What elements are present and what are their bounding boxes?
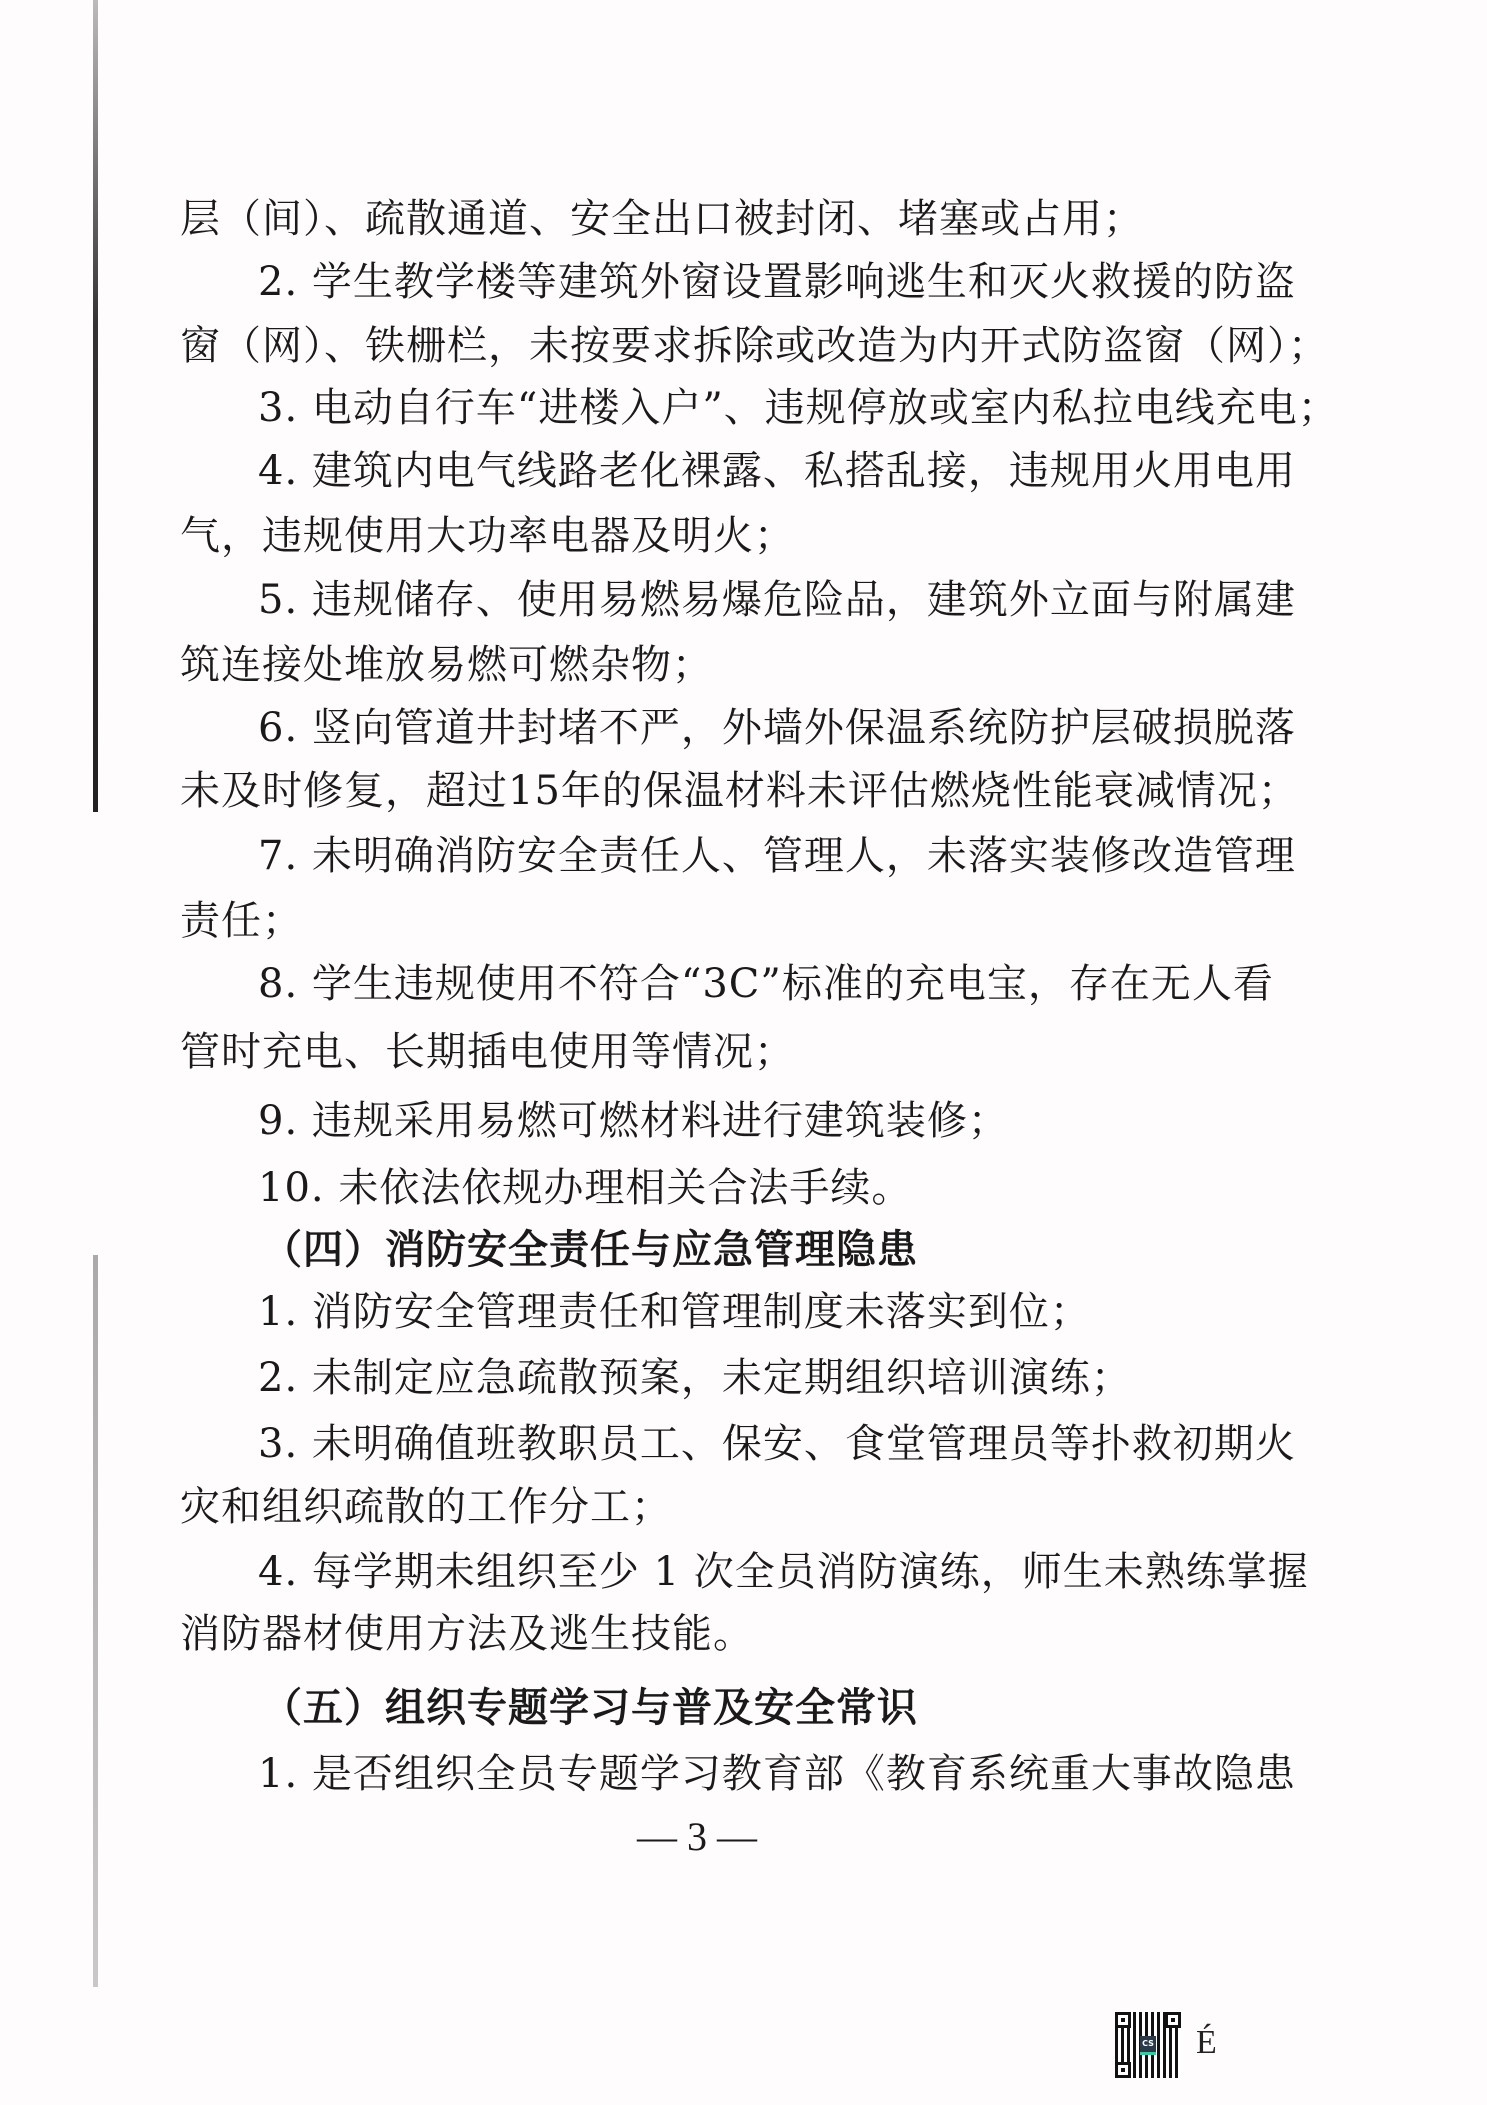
qr-code-icon: CS: [1115, 2012, 1181, 2078]
list-item-5-1: 1. 是否组织全员专题学习教育部《教育系统重大事故隐患: [258, 1749, 1213, 1799]
text-line-3: 窗（网）、铁栅栏，未按要求拆除或改造为内开式防盗窗（网）；: [180, 321, 1213, 371]
list-item-6: 6. 竖向管道井封堵不严，外墙外保温系统防护层破损脱落: [258, 703, 1213, 753]
scanner-logo-icon: CS: [1140, 2036, 1156, 2055]
list-item-4-3: 3. 未明确值班教职员工、保安、食堂管理员等扑救初期火: [258, 1419, 1213, 1469]
text-line-12: 责任；: [180, 896, 1213, 946]
list-item-8: 8. 学生违规使用不符合“3C”标准的充电宝，存在无人看: [258, 959, 1213, 1009]
text-line-10: 未及时修复，超过15年的保温材料未评估燃烧性能衰减情况；: [180, 766, 1213, 816]
text-line-23: 消防器材使用方法及逃生技能。: [180, 1609, 1213, 1659]
text-line-1: 层（间）、疏散通道、安全出口被封闭、堵塞或占用；: [180, 194, 1213, 244]
section-heading-5: （五）组织专题学习与普及安全常识: [262, 1683, 918, 1733]
list-item-4-1: 1. 消防安全管理责任和管理制度未落实到位；: [258, 1287, 1213, 1337]
list-item-5: 5. 违规储存、使用易燃易爆危险品，建筑外立面与附属建: [258, 575, 1213, 625]
list-item-9: 9. 违规采用易燃可燃材料进行建筑装修；: [258, 1096, 1213, 1146]
binding-edge-top: [93, 0, 98, 812]
list-item-7: 7. 未明确消防安全责任人、管理人，未落实装修改造管理: [258, 831, 1213, 881]
text-line-8: 筑连接处堆放易燃可燃杂物；: [180, 640, 1213, 690]
qr-finder-icon: [1165, 2012, 1181, 2028]
qr-finder-icon: [1115, 2062, 1131, 2078]
list-item-10: 10. 未依法依规办理相关合法手续。: [258, 1163, 1213, 1213]
list-item-4-2: 2. 未制定应急疏散预案，未定期组织培训演练；: [258, 1353, 1213, 1403]
section-heading-4: （四）消防安全责任与应急管理隐患: [262, 1225, 918, 1275]
binding-edge-bottom: [93, 1255, 98, 1987]
page-number: — 3 —: [600, 1812, 794, 1862]
text-line-21: 灾和组织疏散的工作分工；: [180, 1482, 1213, 1532]
list-item-4-4: 4. 每学期未组织至少 1 次全员消防演练，师生未熟练掌握: [258, 1547, 1213, 1597]
text-line-14: 管时充电、长期插电使用等情况；: [180, 1027, 1213, 1077]
corner-mark: É: [1196, 2024, 1217, 2062]
list-item-3: 3. 电动自行车“进楼入户”、违规停放或室内私拉电线充电；: [258, 383, 1213, 433]
list-item-4: 4. 建筑内电气线路老化裸露、私搭乱接，违规用火用电用: [258, 446, 1213, 496]
text-line-6: 气，违规使用大功率电器及明火；: [180, 511, 1213, 561]
qr-finder-icon: [1115, 2012, 1131, 2028]
list-item-2: 2. 学生教学楼等建筑外窗设置影响逃生和灭火救援的防盗: [258, 257, 1213, 307]
